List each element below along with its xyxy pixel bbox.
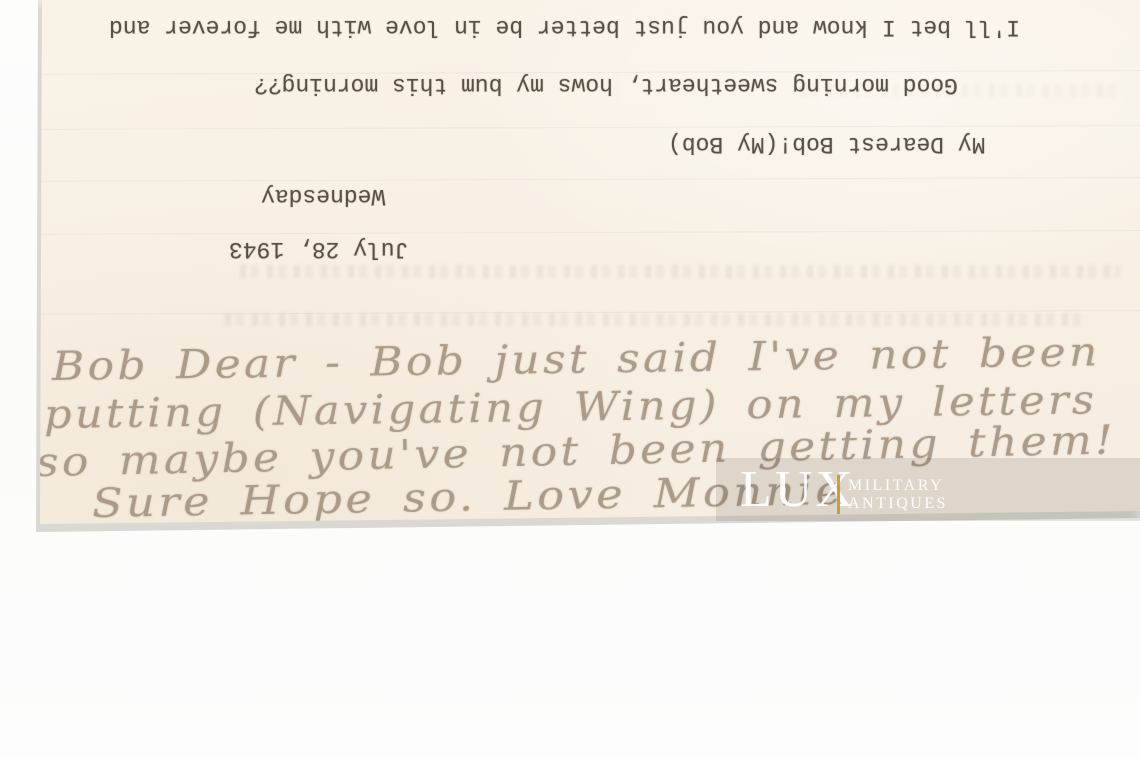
watermark-word-antiques: ANTIQUES xyxy=(848,495,948,513)
typed-line-salutation: My Dearest Bob!(My Bob) xyxy=(668,129,985,159)
watermark-company-name: MILITARY ANTIQUES xyxy=(848,477,948,513)
letter-paper: I'll bet I know and you just better be i… xyxy=(0,0,1140,758)
bleed-through-text xyxy=(225,313,1085,326)
paper-crease xyxy=(30,177,1140,183)
watermark: LUX MILITARY ANTIQUES xyxy=(716,458,1140,521)
typed-line-weekday: Wednesday xyxy=(261,181,385,211)
watermark-divider xyxy=(837,475,840,514)
letter-photo: I'll bet I know and you just better be i… xyxy=(0,0,1140,758)
typed-line-greeting: Good morning sweetheart, hows my bum thi… xyxy=(254,70,958,100)
paper-crease xyxy=(30,230,1140,236)
typed-line-body: I'll bet I know and you just better be i… xyxy=(109,12,1020,42)
typed-line-date: July 28, 1943 xyxy=(229,234,408,264)
watermark-word-military: MILITARY xyxy=(848,477,948,495)
bleed-through-text xyxy=(240,265,1120,278)
